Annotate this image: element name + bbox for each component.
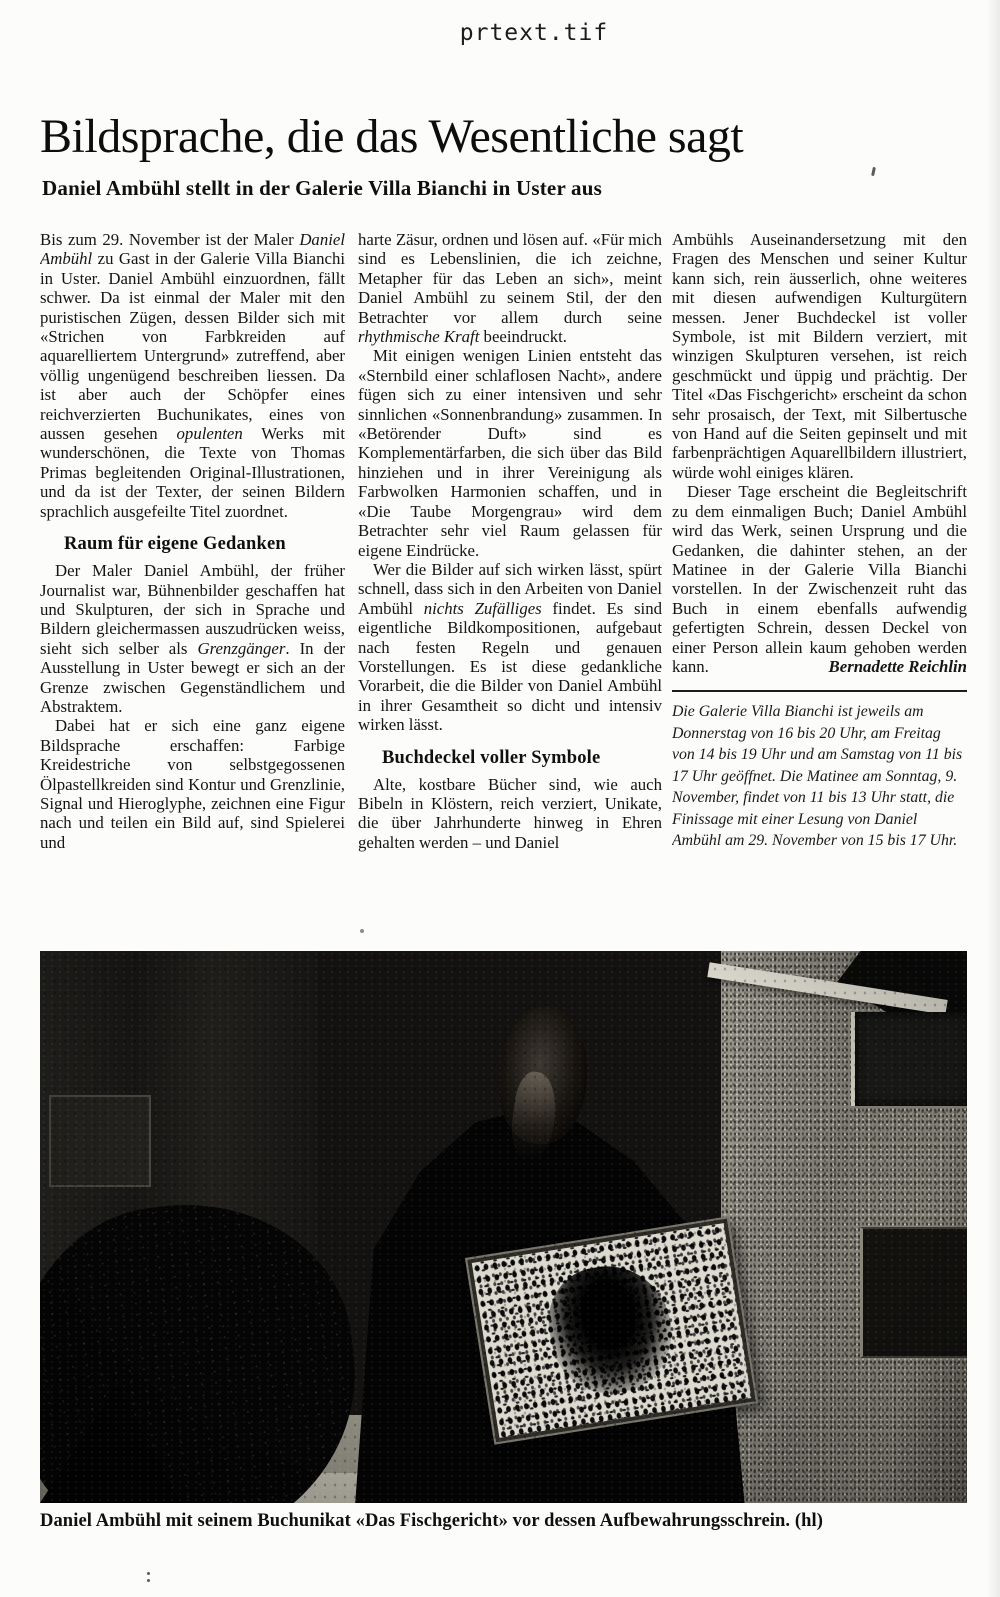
paragraph: Ambühls Auseinandersetzung mit den Frage… [672, 230, 967, 482]
scan-edge-shadow [986, 0, 1000, 1597]
text-column-1: Bis zum 29. November ist der Maler Danie… [40, 230, 345, 946]
gallery-photo [40, 951, 967, 1503]
scan-artifact [147, 1572, 150, 1575]
paragraph: Bis zum 29. November ist der Maler Danie… [40, 230, 345, 521]
film-grain-overlay [40, 951, 967, 1503]
paragraph: Wer die Bilder auf sich wirken lässt, sp… [358, 560, 662, 735]
photo-caption: Daniel Ambühl mit seinem Buchunikat «Das… [40, 1511, 967, 1532]
paragraph: Dieser Tage erscheint die Begleitschrift… [672, 482, 967, 676]
paragraph: Dabei hat er sich eine ganz eigene Bilds… [40, 716, 345, 852]
text-column-2: harte Zäsur, ordnen und lösen auf. «Für … [358, 230, 662, 946]
paragraph: Der Maler Daniel Ambühl, der früher Jour… [40, 561, 345, 716]
text-column-3: Ambühls Auseinandersetzung mit den Frage… [672, 230, 967, 946]
divider-rule [672, 690, 967, 692]
scan-artifact [871, 167, 876, 176]
article-body: Bis zum 29. November ist der Maler Danie… [40, 230, 967, 946]
article-subtitle: Daniel Ambühl stellt in der Galerie Vill… [42, 176, 602, 201]
section-heading: Raum für eigene Gedanken [64, 534, 345, 555]
paragraph: Alte, kostbare Bücher sind, wie auch Bib… [358, 775, 662, 853]
paragraph: Mit einigen wenigen Linien entsteht das … [358, 346, 662, 559]
scan-artifact [360, 929, 364, 933]
scanned-newspaper-page: prtext.tif Bildsprache, die das Wesentli… [0, 0, 1000, 1597]
article-photo-figure: Daniel Ambühl mit seinem Buchunikat «Das… [40, 951, 967, 1532]
paragraph: harte Zäsur, ordnen und lösen auf. «Für … [358, 230, 662, 346]
gallery-hours-info: Die Galerie Villa Bianchi ist jeweils am… [672, 701, 967, 852]
scan-filename: prtext.tif [0, 20, 1000, 46]
author-signature: Bernadette Reichlin [814, 657, 967, 676]
article-title: Bildsprache, die das Wesentliche sagt [40, 112, 970, 162]
section-heading: Buchdeckel voller Symbole [382, 748, 662, 769]
